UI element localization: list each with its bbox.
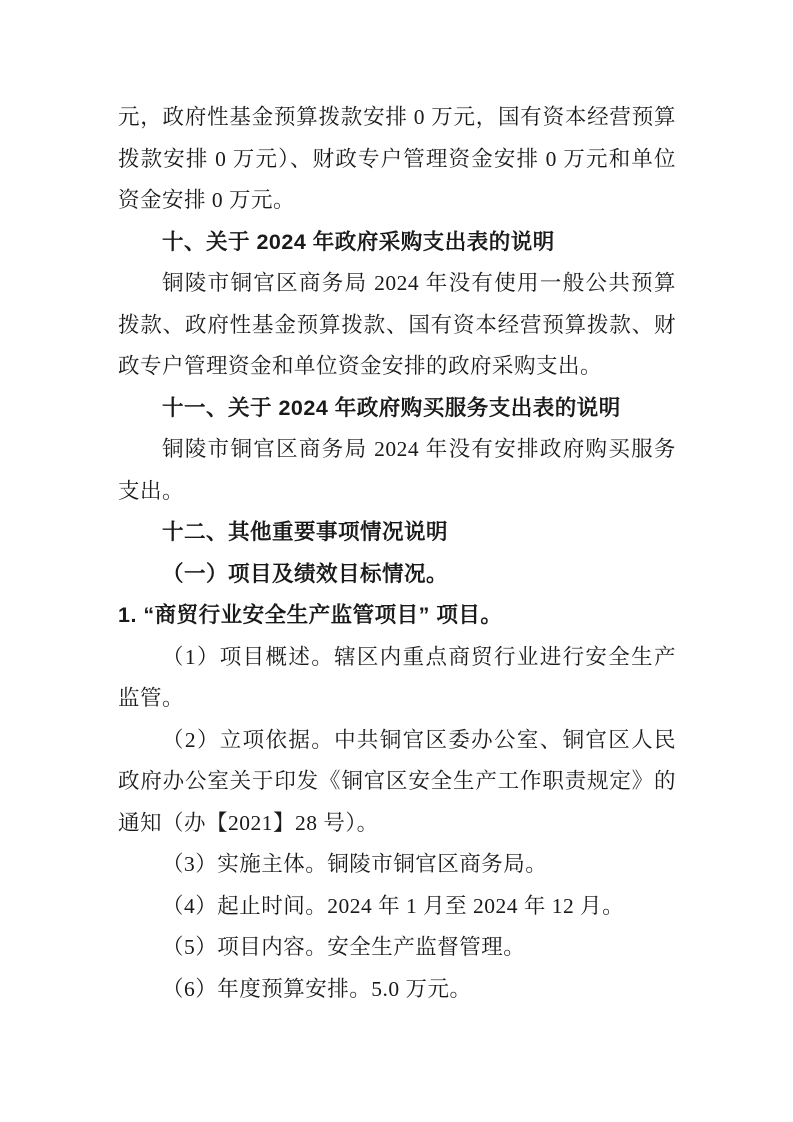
- section-heading: 十、关于 2024 年政府采购支出表的说明: [118, 222, 676, 264]
- section-heading: 十一、关于 2024 年政府购买服务支出表的说明: [118, 388, 676, 430]
- document-body: 元，政府性基金预算拨款安排 0 万元，国有资本经营预算拨款安排 0 万元）、财政…: [118, 97, 676, 1010]
- body-paragraph: （6）年度预算安排。5.0 万元。: [118, 969, 676, 1011]
- section-heading: 十二、其他重要事项情况说明: [118, 512, 676, 554]
- body-paragraph: 元，政府性基金预算拨款安排 0 万元，国有资本经营预算拨款安排 0 万元）、财政…: [118, 97, 676, 222]
- section-heading: 1. “商贸行业安全生产监管项目” 项目。: [118, 595, 676, 637]
- body-paragraph: （4）起止时间。2024 年 1 月至 2024 年 12 月。: [118, 886, 676, 928]
- document-page: 元，政府性基金预算拨款安排 0 万元，国有资本经营预算拨款安排 0 万元）、财政…: [0, 0, 793, 1122]
- body-paragraph: （1）项目概述。辖区内重点商贸行业进行安全生产监管。: [118, 637, 676, 720]
- body-paragraph: 铜陵市铜官区商务局 2024 年没有安排政府购买服务支出。: [118, 429, 676, 512]
- section-heading: （一）项目及绩效目标情况。: [118, 554, 676, 596]
- body-paragraph: （3）实施主体。铜陵市铜官区商务局。: [118, 844, 676, 886]
- body-paragraph: （2）立项依据。中共铜官区委办公室、铜官区人民政府办公室关于印发《铜官区安全生产…: [118, 720, 676, 845]
- body-paragraph: （5）项目内容。安全生产监督管理。: [118, 927, 676, 969]
- body-paragraph: 铜陵市铜官区商务局 2024 年没有使用一般公共预算拨款、政府性基金预算拨款、国…: [118, 263, 676, 388]
